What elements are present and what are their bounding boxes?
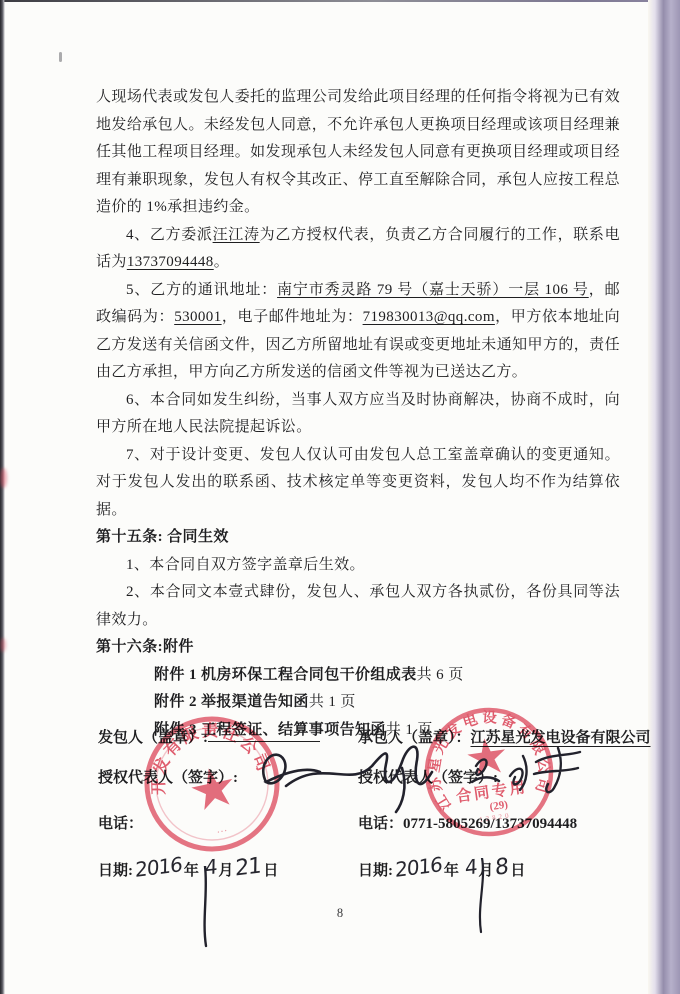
employer-seal-bottom-marks: ···	[216, 825, 229, 839]
scan-edge-top	[0, 0, 680, 2]
scan-edge-right	[648, 0, 680, 994]
document-page: 人现场代表或发包人委托的监理公司发给此项目经理的任何指令将视为已有效地发给承包人…	[0, 0, 680, 994]
contractor-seal-serial: 12820	[479, 811, 512, 823]
attachment-pages: 共 1 页	[309, 694, 356, 710]
paragraph-clause-4: 4、乙方委派汪江涛为乙方授权代表，负责乙方合同履行的工作，联系电话为137370…	[96, 222, 620, 277]
handwritten-day: 8	[495, 854, 508, 881]
ink-smudge	[0, 468, 7, 488]
heading-article-16: 第十六条:附件	[96, 634, 620, 662]
year-unit: 年	[444, 863, 459, 879]
contractor-date-label: 日期:	[358, 863, 393, 879]
paragraph-text: ，电子邮件地址为：	[222, 309, 363, 325]
paragraph-text: 。	[214, 254, 229, 270]
underlined-phone-number: 13737094448	[127, 254, 214, 270]
employer-date-label: 日期:	[98, 863, 133, 879]
paragraph-clause-6: 6、本合同如发生纠纷，当事人双方应当及时协商解决，协商不成时，向甲方所在地人民法…	[96, 387, 620, 442]
underlined-email: 719830013@qq.com	[363, 309, 495, 325]
scan-edge-left	[0, 0, 5, 994]
paragraph-text: 人现场代表或发包人委托的监理公司发给此项目经理的任何指令将视为已有效地发给承包人…	[96, 89, 620, 215]
day-unit: 日	[263, 863, 278, 879]
employer-phone-label: 电话：	[98, 816, 143, 832]
employer-signature-scribble	[252, 732, 447, 814]
handwritten-day: 21	[235, 853, 261, 881]
day-unit: 日	[510, 863, 525, 879]
paragraph-clause-7: 7、对于设计变更、发包人仅认可由发包人总工室盖章确认的变更通知。对于发包人发出的…	[96, 442, 620, 525]
paragraph-text: 7、对于设计变更、发包人仅认可由发包人总工室盖章确认的变更通知。对于发包人发出的…	[96, 447, 620, 518]
paragraph-text: 4、乙方委派	[126, 227, 213, 243]
article-15-clause-1: 1、本合同自双方签字盖章后生效。	[96, 552, 620, 580]
contractor-signature-scribble	[468, 742, 593, 800]
month-unit: 月	[218, 863, 233, 879]
paragraph-clause-5: 5、乙方的通讯地址：南宁市秀灵路 79 号（嘉士天骄）一层 106 号，邮政编码…	[96, 277, 620, 387]
star-icon	[188, 764, 237, 812]
contractor-phone-label: 电话：	[358, 816, 403, 832]
attachment-row-1: 附件 1 机房环保工程合同包干价组成表共 6 页	[96, 662, 620, 690]
underlined-representative-name: 汪江涛	[213, 227, 260, 243]
attachment-label: 附件 1 机房环保工程合同包干价组成表	[154, 667, 417, 683]
article-15-clause-2: 2、本合同文本壹式肆份，发包人、承包人双方各执贰份，各份具同等法律效力。	[96, 579, 620, 634]
underlined-address: 南宁市秀灵路 79 号（嘉士天骄）一层 106 号	[277, 282, 589, 298]
handwritten-year: 2016	[395, 852, 442, 882]
scan-speck	[59, 52, 62, 62]
underlined-postcode: 530001	[174, 309, 221, 325]
paragraph-text: 6、本合同如发生纠纷，当事人双方应当及时协商解决，协商不成时，向甲方所在地人民法…	[96, 392, 620, 436]
ink-smudge	[0, 638, 6, 652]
employer-phone-row: 电话：	[98, 812, 143, 833]
paragraph-continuation: 人现场代表或发包人委托的监理公司发给此项目经理的任何指令将视为已有效地发给承包人…	[96, 84, 620, 222]
contractor-date-row: 日期:2016年 4月8日	[358, 856, 525, 881]
contract-body: 人现场代表或发包人委托的监理公司发给此项目经理的任何指令将视为已有效地发给承包人…	[96, 84, 620, 744]
heading-article-15: 第十五条: 合同生效	[96, 524, 620, 552]
attachment-pages: 共 6 页	[417, 667, 464, 683]
paragraph-text: 5、乙方的通讯地址：	[126, 282, 277, 298]
pen-stroke	[470, 858, 490, 934]
page-number: 8	[0, 906, 680, 921]
